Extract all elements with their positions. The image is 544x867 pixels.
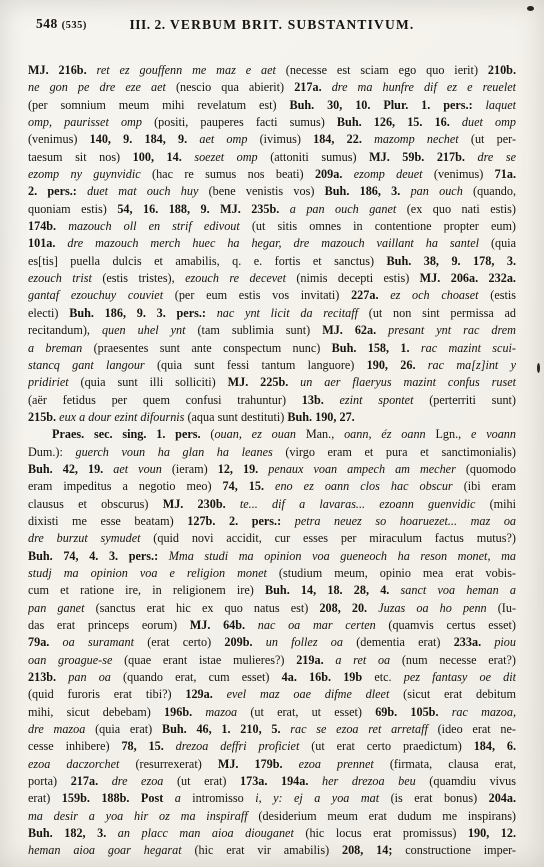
latin-gloss: das erat princeps eorum) xyxy=(28,618,190,632)
source-reference: 196b. xyxy=(164,705,205,719)
breton-phrase: oa suramant xyxy=(63,635,148,649)
breton-phrase: rac ma[z]int y xyxy=(428,358,516,372)
latin-gloss: (quia erat) xyxy=(95,722,162,736)
section-number: III. 2. xyxy=(130,17,166,32)
breton-phrase: Mma studi ma opinion voa gueneoch ha res… xyxy=(169,549,516,563)
breton-phrase: pan oa xyxy=(68,670,123,684)
latin-gloss: eram impeditus a negotio meo) xyxy=(28,479,223,493)
latin-gloss: (desiderium meum erat dudum me inspirans… xyxy=(258,809,516,823)
breton-phrase: stancq gant langour xyxy=(28,358,157,372)
breton-phrase: pridiriet xyxy=(28,375,81,389)
text-line: taesum sit nos) 100, 14. soezet omp (att… xyxy=(28,149,516,166)
latin-gloss: cum et ratione ire, in religionem ire) xyxy=(28,583,265,597)
text-line: ma desir a yoa hir oz ma inspiraff (desi… xyxy=(28,808,516,825)
latin-gloss: electi) xyxy=(28,306,69,320)
latin-gloss: (studium meum, opinio mea erat vobis- xyxy=(279,566,516,580)
breton-phrase: ezomp ny guynvidic xyxy=(28,167,152,181)
breton-phrase: dre se xyxy=(478,150,517,164)
source-reference: Plur. 1. pers.: xyxy=(383,98,485,112)
source-reference: 219a. xyxy=(296,653,335,667)
scan-speck xyxy=(537,363,540,373)
latin-gloss: (attoniti sumus) xyxy=(270,150,369,164)
breton-phrase: petra neuez so hoaruezet... maz oa xyxy=(295,514,516,528)
latin-gloss: (aër fetidus per quem confusi trahuntur) xyxy=(28,393,302,407)
breton-phrase: quen uhel ynt xyxy=(102,323,198,337)
page-body: MJ. 216b. ret ez gouffenn me maz e aet (… xyxy=(28,62,516,860)
source-reference: 79a. xyxy=(28,635,63,649)
text-line: oan groague-se (quae erant istae muliere… xyxy=(28,652,516,669)
source-reference: 4a. 16b. 19b xyxy=(282,670,375,684)
breton-phrase: e voann xyxy=(471,427,516,441)
text-line: pridiriet (quia sunt illi solliciti) MJ.… xyxy=(28,374,516,391)
breton-phrase: piou xyxy=(494,635,516,649)
source-reference: Buh. 74, 4. xyxy=(28,549,109,563)
source-reference: 184, 22. xyxy=(313,132,374,146)
breton-phrase: ezouch re decevet xyxy=(185,271,296,285)
source-reference: Buh. 190, 27. xyxy=(287,410,354,424)
breton-phrase: mazouch oll en strif edivout xyxy=(68,219,252,233)
text-line: dre mazoa (quia erat) Buh. 46, 1. 210, 5… xyxy=(28,721,516,738)
latin-gloss: intromisso xyxy=(192,791,255,805)
text-line: gantaf ezouchuy couviet (per eum estis v… xyxy=(28,287,516,304)
breton-phrase: ne gon pe dre eze aet xyxy=(28,80,176,94)
source-reference: 159b. 188b. xyxy=(62,791,141,805)
latin-gloss: (positi, pauperes facti sumus) xyxy=(154,115,337,129)
text-line: (quid furoris erat tibi?) 129a. evel maz… xyxy=(28,686,516,703)
breton-phrase: ez och choaset xyxy=(390,288,490,302)
source-reference: 54, 16. 188, 9. MJ. 235b. xyxy=(117,202,289,216)
latin-gloss: (hac re sumus nos beati) xyxy=(152,167,315,181)
breton-phrase: pan ouch xyxy=(411,184,473,198)
breton-phrase: evel maz oae difme dleet xyxy=(227,687,404,701)
latin-gloss: (Iu- xyxy=(498,601,516,615)
breton-phrase: presant ynt rac drem xyxy=(388,323,516,337)
text-line: 213b. pan oa (quando erat, cum esset) 4a… xyxy=(28,669,516,686)
breton-phrase: sanct voa heman a xyxy=(401,583,516,597)
source-reference: 173a. 194a. xyxy=(240,774,322,788)
source-reference: Buh. 38, 9. 178, 3. xyxy=(387,254,516,268)
latin-gloss: (ut sitis omnes in contentione propter e… xyxy=(252,219,516,233)
source-reference: Praes. sec. sing. 1. pers. xyxy=(52,427,210,441)
breton-phrase: laquet xyxy=(486,98,516,112)
breton-phrase: eux a dour ezint difournis xyxy=(59,410,187,424)
text-line: eram impeditus a negotio meo) 74, 15. en… xyxy=(28,478,516,495)
latin-gloss: (is erat bonus) xyxy=(391,791,489,805)
breton-phrase: a ret oa xyxy=(335,653,402,667)
breton-phrase: ezouch trist xyxy=(28,271,102,285)
source-reference: 71a. xyxy=(495,167,516,181)
breton-phrase: omp, paurisset omp xyxy=(28,115,154,129)
breton-phrase: aet omp xyxy=(199,132,259,146)
breton-phrase: studj ma opinion voa e religion monet xyxy=(28,566,279,580)
running-title: III. 2. VERBUM BRIT. SUBSTANTIVUM. xyxy=(0,17,544,33)
breton-phrase: ezoa daczorchet xyxy=(28,757,135,771)
breton-phrase: un follez oa xyxy=(266,635,356,649)
breton-phrase: ouan, ez ouan xyxy=(214,427,305,441)
breton-phrase: guerch voun ha glan ha leanes xyxy=(75,445,285,459)
text-line: a breman (praesentes sunt ante conspectu… xyxy=(28,340,516,357)
source-reference: 213b. xyxy=(28,670,68,684)
latin-gloss: (ex quo nati estis) xyxy=(407,202,516,216)
text-line: MJ. 216b. ret ez gouffenn me maz e aet (… xyxy=(28,62,516,79)
latin-gloss: constructione imper- xyxy=(405,843,516,857)
latin-gloss: (quamvis certus esset) xyxy=(388,618,516,632)
breton-phrase: eno ez oann clos hac obscur xyxy=(275,479,464,493)
latin-gloss: (sanctus erat hic ex quo natus est) xyxy=(96,601,320,615)
breton-phrase: oan groague-se xyxy=(28,653,124,667)
text-line: cum et ratione ire, in religionem ire) B… xyxy=(28,582,516,599)
breton-phrase: mazoa xyxy=(205,705,250,719)
text-line: heman aioa goar hegarat (hic erat vir am… xyxy=(28,842,516,859)
latin-gloss: (quia sunt fessi tantum languore) xyxy=(157,358,367,372)
source-reference: Buh. 14, 18. 28, 4. xyxy=(265,583,401,597)
source-reference: 3. pers.: xyxy=(157,306,217,320)
latin-gloss: (mihi xyxy=(490,497,516,511)
latin-gloss: cesse inhibere) xyxy=(28,739,121,753)
latin-gloss: (dementia erat) xyxy=(356,635,454,649)
source-reference: Buh. 42, 19. xyxy=(28,462,113,476)
source-reference: 209a. xyxy=(315,167,354,181)
breton-phrase: aet voun xyxy=(113,462,172,476)
latin-gloss: (venimus) xyxy=(28,132,90,146)
source-reference: 184, 6. xyxy=(474,739,516,753)
text-line: Buh. 74, 4. 3. pers.: Mma studi ma opini… xyxy=(28,548,516,565)
latin-gloss: (ieram) xyxy=(172,462,218,476)
latin-gloss: porta) xyxy=(28,774,71,788)
source-reference: 101a. xyxy=(28,236,67,250)
breton-phrase: i, y: ej a yoa mat xyxy=(255,791,390,805)
source-reference: Buh. 186, 3. xyxy=(325,184,411,198)
breton-phrase: drezoa deffri proficiet xyxy=(176,739,312,753)
latin-gloss: recitandum), xyxy=(28,323,102,337)
source-reference: 129a. xyxy=(185,687,226,701)
breton-phrase: heman aioa goar hegarat xyxy=(28,843,194,857)
latin-gloss: (quid furoris erat tibi?) xyxy=(28,687,185,701)
text-line: das erat princeps eorum) MJ. 64b. nac oa… xyxy=(28,617,516,634)
latin-gloss: (resurrexerat) xyxy=(135,757,217,771)
latin-gloss: (ibi eram xyxy=(464,479,516,493)
page-header: 548 (535) III. 2. VERBUM BRIT. SUBSTANTI… xyxy=(0,0,544,46)
breton-phrase: ret ez gouffenn me maz e aet xyxy=(97,63,286,77)
latin-gloss: (quomodo xyxy=(466,462,516,476)
latin-gloss: Lgn., xyxy=(435,427,471,441)
latin-gloss: quoniam estis) xyxy=(28,202,117,216)
breton-phrase: te... dif a lavaras... ezoann guenvidic xyxy=(240,497,490,511)
latin-gloss: (praesentes sunt ante conspectum nunc) xyxy=(94,341,332,355)
latin-gloss: (hic erat vir amabilis) xyxy=(194,843,341,857)
breton-phrase: a breman xyxy=(28,341,94,355)
latin-gloss: (quando erat, cum esset) xyxy=(123,670,282,684)
source-reference: 78, 15. xyxy=(121,739,175,753)
breton-phrase: her drezoa beu xyxy=(322,774,429,788)
latin-gloss: (num necesse erat?) xyxy=(402,653,516,667)
text-line: cesse inhibere) 78, 15. drezoa deffri pr… xyxy=(28,738,516,755)
source-reference: MJ. 230b. xyxy=(163,497,240,511)
latin-gloss: taesum sit nos) xyxy=(28,150,133,164)
text-line: clausus et obscurus) MJ. 230b. te... dif… xyxy=(28,496,516,513)
source-reference: 217a. xyxy=(294,80,332,94)
breton-phrase: an placc man aioa diouganet xyxy=(118,826,306,840)
breton-phrase: ezint spontet xyxy=(340,393,430,407)
breton-phrase: ma desir a yoa hir oz ma inspiraff xyxy=(28,809,258,823)
source-reference: MJ. 62a. xyxy=(322,323,388,337)
breton-phrase: dre mazoa xyxy=(28,722,95,736)
breton-phrase: dre burzut symudet xyxy=(28,531,153,545)
text-line: dixisti me esse beatam) 127b. 2. pers.: … xyxy=(28,513,516,530)
text-line: electi) Buh. 186, 9. 3. pers.: nac ynt l… xyxy=(28,305,516,322)
latin-gloss: (virgo eram et pura et sanctimonialis) xyxy=(285,445,516,459)
text-line: (venimus) 140, 9. 184, 9. aet omp (ivimu… xyxy=(28,131,516,148)
breton-phrase: a pan ouch ganet xyxy=(290,202,407,216)
source-reference: MJ. 179b. xyxy=(218,757,299,771)
source-reference: 210b. xyxy=(488,63,516,77)
latin-gloss: (ivimus) xyxy=(260,132,314,146)
breton-phrase: dre ezoa xyxy=(112,774,177,788)
breton-phrase: soezet omp xyxy=(194,150,270,164)
text-line: Buh. 182, 3. an placc man aioa diouganet… xyxy=(28,825,516,842)
latin-gloss: (per eum estis vos invitati) xyxy=(175,288,351,302)
text-line: 215b. eux a dour ezint difournis (aqua s… xyxy=(28,409,516,426)
breton-phrase: nac oa mar certen xyxy=(258,618,389,632)
breton-phrase: rac mazint scui- xyxy=(421,341,516,355)
source-reference: 12, 19. xyxy=(218,462,269,476)
latin-gloss: Man., xyxy=(306,427,344,441)
breton-phrase: dre ma hunfre dif ez e reuelet xyxy=(332,80,516,94)
latin-gloss: (ut erat, ut esset) xyxy=(250,705,375,719)
breton-phrase: pez fantasy oe dit xyxy=(404,670,516,684)
source-reference: 208, 14; xyxy=(342,843,405,857)
source-reference: 190, 26. xyxy=(367,358,428,372)
latin-gloss: (hic locus erat promissus) xyxy=(305,826,468,840)
breton-phrase: rac se ezoa ret arretaff xyxy=(290,722,437,736)
latin-gloss: clausus et obscurus) xyxy=(28,497,163,511)
source-reference: MJ. 206a. 232a. xyxy=(420,271,516,285)
breton-phrase: a xyxy=(175,791,193,805)
latin-gloss: (quae erant istae mulieres?) xyxy=(124,653,296,667)
text-line: porta) 217a. dre ezoa (ut erat) 173a. 19… xyxy=(28,773,516,790)
latin-gloss: (bene venistis vos) xyxy=(209,184,325,198)
text-line: (per somnium meum mihi revelatum est) Bu… xyxy=(28,97,516,114)
latin-gloss: (perterriti sunt) xyxy=(429,393,516,407)
text-line: ne gon pe dre eze aet (nescio qua abieri… xyxy=(28,79,516,96)
text-line: 174b. mazouch oll en strif edivout (ut s… xyxy=(28,218,516,235)
source-reference: Buh. 126, 15. 16. xyxy=(337,115,462,129)
latin-gloss: (ideo erat ne- xyxy=(438,722,516,736)
latin-gloss: (venimus) xyxy=(434,167,495,181)
breton-phrase: duet omp xyxy=(462,115,516,129)
latin-gloss: (nimis decepti estis) xyxy=(296,271,419,285)
source-reference: 217a. xyxy=(71,774,112,788)
latin-gloss: (per somnium meum mihi revelatum est) xyxy=(28,98,289,112)
breton-phrase: Juzas oa ho penn xyxy=(378,601,498,615)
source-reference: 3. pers.: xyxy=(109,549,169,563)
latin-gloss: (ut erat) xyxy=(177,774,240,788)
text-line: Buh. 42, 19. aet voun (ieram) 12, 19. pe… xyxy=(28,461,516,478)
breton-phrase: un aer flaeryus mazint confus ruset xyxy=(300,375,516,389)
source-reference: MJ. 225b. xyxy=(228,375,301,389)
text-line: omp, paurisset omp (positi, pauperes fac… xyxy=(28,114,516,131)
source-reference: 127b. xyxy=(187,514,229,528)
source-reference: 208, 20. xyxy=(319,601,378,615)
book-page: 548 (535) III. 2. VERBUM BRIT. SUBSTANTI… xyxy=(0,0,544,867)
text-line: Dum.): guerch voun ha glan ha leanes (vi… xyxy=(28,444,516,461)
text-line: es[tis] puella dulcis et amabilis, q. e.… xyxy=(28,253,516,270)
breton-phrase: mazomp nechet xyxy=(374,132,471,146)
section-title: VERBUM BRIT. SUBSTANTIVUM. xyxy=(170,17,414,32)
source-reference: Buh. 158, 1. xyxy=(332,341,421,355)
source-reference: MJ. 59b. 217b. xyxy=(369,150,477,164)
text-line: dre burzut symudet (quid novi accidit, c… xyxy=(28,530,516,547)
source-reference: 215b. xyxy=(28,410,59,424)
latin-gloss: (erat certo) xyxy=(147,635,224,649)
text-line: quoniam estis) 54, 16. 188, 9. MJ. 235b.… xyxy=(28,201,516,218)
text-line: (aër fetidus per quem confusi trahuntur)… xyxy=(28,392,516,409)
latin-gloss: (quia xyxy=(491,236,516,250)
latin-gloss: dixisti me esse beatam) xyxy=(28,514,187,528)
latin-gloss: Dum.): xyxy=(28,445,75,459)
latin-gloss: es[tis] puella dulcis et amabilis, q. e.… xyxy=(28,254,387,268)
source-reference: MJ. 216b. xyxy=(28,63,97,77)
source-reference: 74, 15. xyxy=(223,479,276,493)
latin-gloss: etc. xyxy=(374,670,403,684)
breton-phrase: ezoa prennet xyxy=(299,757,390,771)
source-reference: 69b. 105b. xyxy=(375,705,452,719)
latin-gloss: (ut erat certo praedictum) xyxy=(311,739,473,753)
source-reference: Buh. 46, 1. 210, 5. xyxy=(162,722,290,736)
text-line: erat) 159b. 188b. Post a intromisso i, y… xyxy=(28,790,516,807)
source-reference: 140, 9. 184, 9. xyxy=(90,132,200,146)
breton-phrase: gantaf ezouchuy couviet xyxy=(28,288,175,302)
breton-phrase: pan ganet xyxy=(28,601,96,615)
source-reference: Buh. 30, 10. xyxy=(289,98,383,112)
latin-gloss: (sicut erat debitum xyxy=(403,687,516,701)
latin-gloss: (quando, xyxy=(473,184,516,198)
source-reference: Post xyxy=(141,791,175,805)
breton-phrase: dre mazouch merch huec ha hegar, dre maz… xyxy=(67,236,491,250)
text-line: Praes. sec. sing. 1. pers. (ouan, ez oua… xyxy=(28,426,516,443)
latin-gloss: (necesse est sciam ego quo ierit) xyxy=(286,63,488,77)
latin-gloss: (tam sublimia sunt) xyxy=(198,323,323,337)
latin-gloss: (ut per- xyxy=(471,132,516,146)
source-reference: 190, 12. xyxy=(468,826,516,840)
text-line: stancq gant langour (quia sunt fessi tan… xyxy=(28,357,516,374)
breton-phrase: oann, éz oann xyxy=(344,427,435,441)
latin-gloss: (quamdiu vivus xyxy=(429,774,516,788)
text-line: mihi, sicut debebam) 196b. mazoa (ut era… xyxy=(28,704,516,721)
source-reference: 209b. xyxy=(224,635,265,649)
text-line: studj ma opinion voa e religion monet (s… xyxy=(28,565,516,582)
text-line: 2. pers.: duet mat ouch huy (bene venist… xyxy=(28,183,516,200)
latin-gloss: erat) xyxy=(28,791,62,805)
text-line: ezouch trist (estis tristes), ezouch re … xyxy=(28,270,516,287)
latin-gloss: (firmata, clausa erat, xyxy=(390,757,516,771)
text-line: 101a. dre mazouch merch huec ha hegar, d… xyxy=(28,235,516,252)
latin-gloss: (nescio qua abierit) xyxy=(176,80,294,94)
source-reference: Buh. 186, 9. xyxy=(69,306,156,320)
source-reference: 13b. xyxy=(302,393,340,407)
latin-gloss: (estis tristes), xyxy=(102,271,185,285)
source-reference: 2. pers.: xyxy=(28,184,87,198)
source-reference: 100, 14. xyxy=(133,150,195,164)
source-reference: 204a. xyxy=(489,791,516,805)
breton-phrase: ezomp deuet xyxy=(354,167,434,181)
source-reference: 227a. xyxy=(351,288,390,302)
source-reference: 2. pers.: xyxy=(229,514,295,528)
breton-phrase: duet mat ouch huy xyxy=(87,184,209,198)
text-line: ezomp ny guynvidic (hac re sumus nos bea… xyxy=(28,166,516,183)
source-reference: MJ. 64b. xyxy=(190,618,258,632)
latin-gloss: (aqua sunt destituti) xyxy=(187,410,287,424)
breton-phrase: penaux voan ampech am mecher xyxy=(268,462,466,476)
latin-gloss: (estis xyxy=(490,288,516,302)
latin-gloss: (quia sunt illi solliciti) xyxy=(81,375,228,389)
source-reference: Buh. 182, 3. xyxy=(28,826,118,840)
source-reference: 174b. xyxy=(28,219,68,233)
text-line: pan ganet (sanctus erat hic ex quo natus… xyxy=(28,600,516,617)
source-reference: 233a. xyxy=(454,635,495,649)
latin-gloss: (quid novi accidit, cur esses per miracu… xyxy=(153,531,516,545)
latin-gloss: mihi, sicut debebam) xyxy=(28,705,164,719)
latin-gloss: (ut non sint permissa ad xyxy=(369,306,516,320)
breton-phrase: nac ynt licit da recitaff xyxy=(217,306,369,320)
breton-phrase: rac mazoa, xyxy=(452,705,516,719)
text-line: ezoa daczorchet (resurrexerat) MJ. 179b.… xyxy=(28,756,516,773)
text-line: recitandum), quen uhel ynt (tam sublimia… xyxy=(28,322,516,339)
text-line: 79a. oa suramant (erat certo) 209b. un f… xyxy=(28,634,516,651)
